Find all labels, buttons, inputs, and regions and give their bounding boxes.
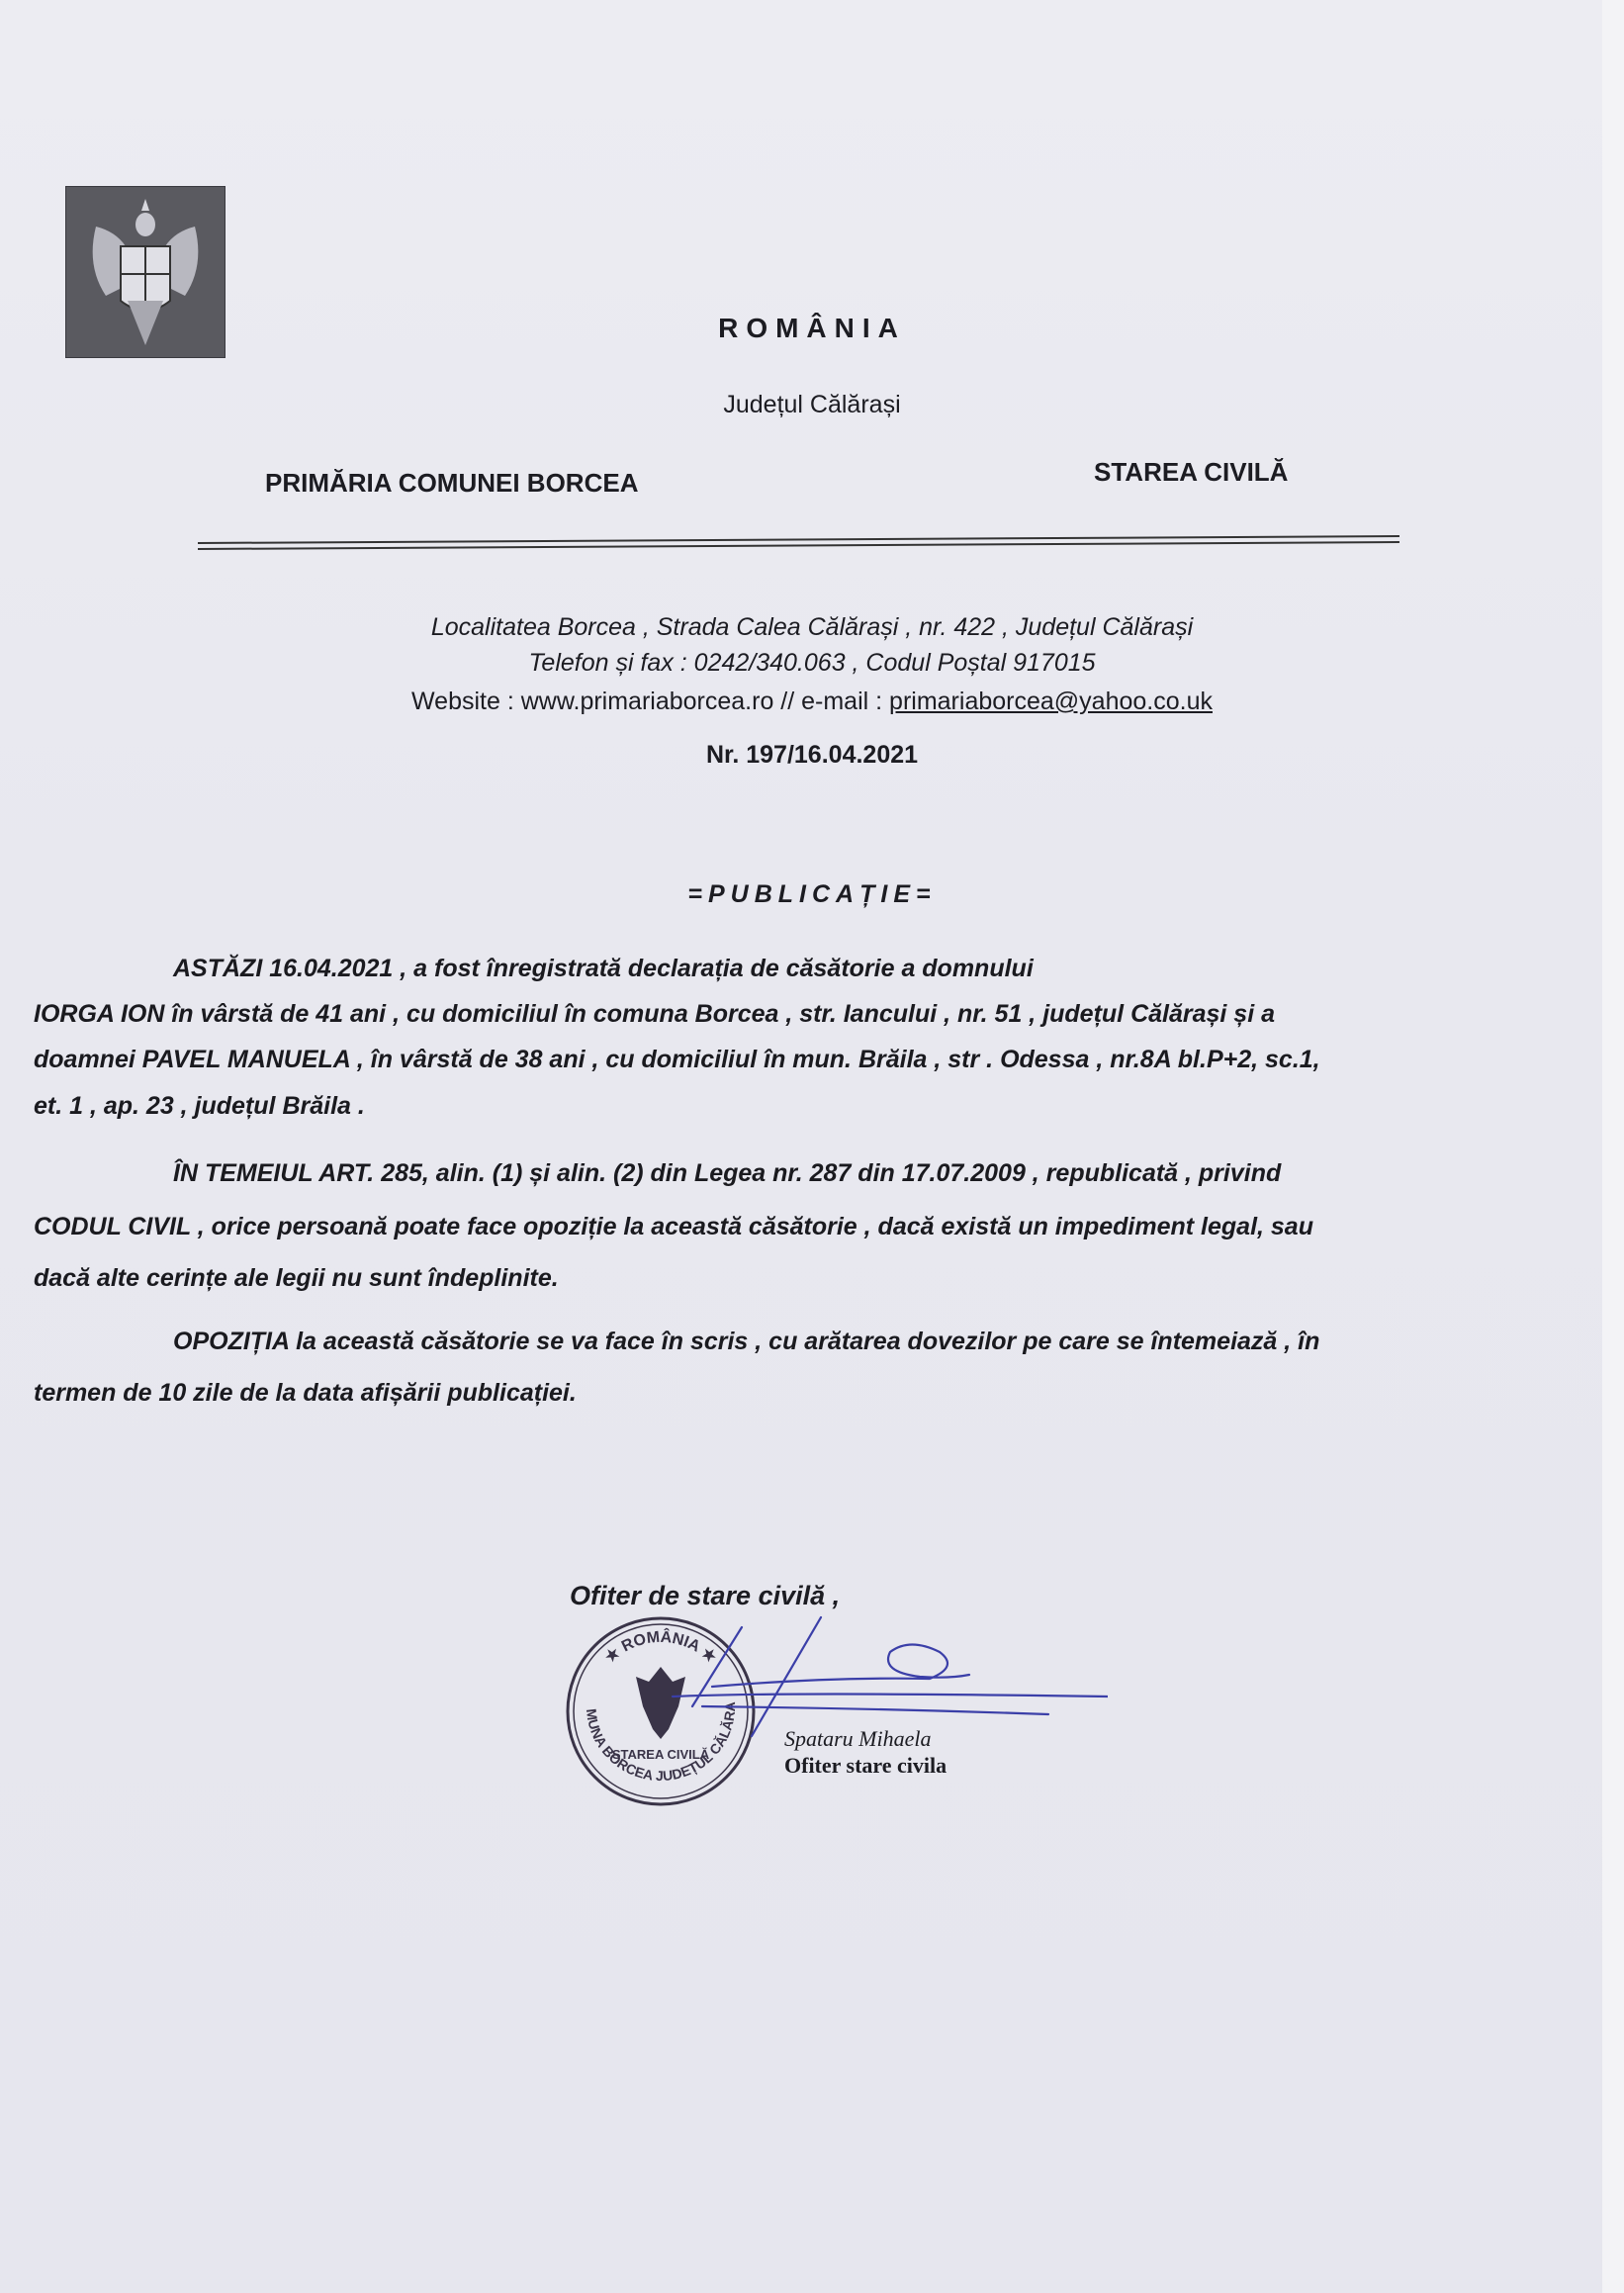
- website-label: Website : www.primariaborcea.ro // e-mai…: [411, 688, 889, 715]
- institution-name: PRIMĂRIA COMUNEI BORCEA: [265, 468, 638, 499]
- document-title: =PUBLICAȚIE=: [0, 880, 1624, 909]
- paragraph-3-line: termen de 10 zile de la data afișării pu…: [34, 1379, 577, 1408]
- paragraph-2-line: ÎN TEMEIUL ART. 285, alin. (1) și alin. …: [173, 1159, 1281, 1188]
- paragraph-2-line: CODUL CIVIL , orice persoană poate face …: [34, 1213, 1313, 1241]
- paragraph-2-line: dacă alte cerințe ale legii nu sunt înde…: [34, 1264, 559, 1293]
- paragraph-1-line: IORGA ION în vârstă de 41 ani , cu domic…: [34, 1000, 1275, 1029]
- email-link[interactable]: primariaborcea@yahoo.co.uk: [889, 688, 1213, 715]
- stamp-center-text: STAREA CIVILĂ: [612, 1747, 710, 1762]
- handwritten-signature: [633, 1598, 1108, 1746]
- paragraph-1-line: et. 1 , ap. 23 , județul Brăila .: [34, 1092, 365, 1121]
- paragraph-3-line: OPOZIȚIA la această căsătorie se va face…: [173, 1328, 1319, 1356]
- paragraph-1-line: doamnei PAVEL MANUELA , în vârstă de 38 …: [34, 1046, 1320, 1074]
- registration-number: Nr. 197/16.04.2021: [0, 741, 1624, 770]
- signatory-name: Spataru Mihaela: [784, 1726, 932, 1752]
- phone-line: Telefon și fax : 0242/340.063 , Codul Po…: [0, 649, 1624, 678]
- address-line: Localitatea Borcea , Strada Calea Călăra…: [0, 613, 1624, 642]
- country-heading: ROMÂNIA: [0, 313, 1624, 344]
- signatory-role: Ofiter stare civila: [784, 1753, 947, 1779]
- website-line: Website : www.primariaborcea.ro // e-mai…: [0, 688, 1624, 716]
- department-name: STAREA CIVILĂ: [1094, 457, 1288, 488]
- paragraph-1-line: ASTĂZI 16.04.2021 , a fost înregistrată …: [173, 955, 1034, 983]
- county-label: Județul Călărași: [0, 391, 1624, 419]
